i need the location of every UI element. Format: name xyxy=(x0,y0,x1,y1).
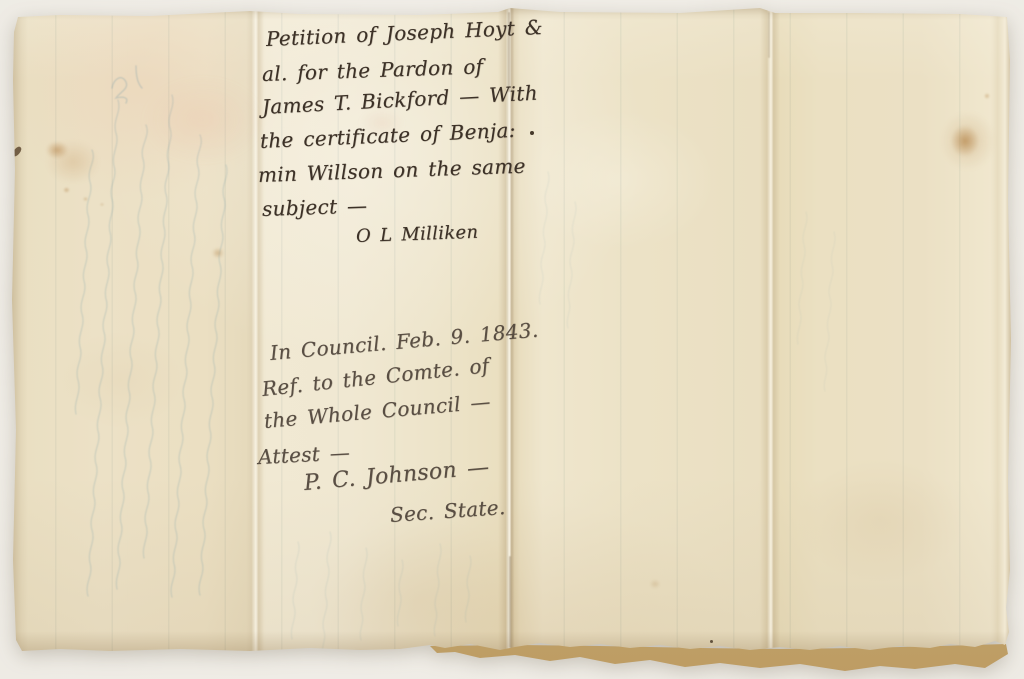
council-signature-title: Sec. State. xyxy=(389,495,506,527)
paper-wrap: Petition of Joseph Hoyt & al. for the Pa… xyxy=(0,0,1024,679)
docket-line-5: min Willson on the same xyxy=(258,154,527,187)
folded-paper-sheet: Petition of Joseph Hoyt & al. for the Pa… xyxy=(0,0,1024,679)
docket-line-2: al. for the Pardon of xyxy=(262,54,484,86)
docket-line-1: Petition of Joseph Hoyt & xyxy=(265,15,543,51)
council-line-1: In Council. Feb. 9. 1843. xyxy=(269,318,539,365)
docket-line-6: subject — xyxy=(262,193,368,221)
docket-line-4: the certificate of Benja: xyxy=(259,118,516,153)
document-scan: Petition of Joseph Hoyt & al. for the Pa… xyxy=(0,0,1024,679)
docket-line-3: James T. Bickford — With xyxy=(261,81,538,119)
docket-signature: O L Milliken xyxy=(356,222,479,247)
council-attest: Attest — xyxy=(257,440,350,469)
handwriting-layer: Petition of Joseph Hoyt & al. for the Pa… xyxy=(0,0,1024,679)
